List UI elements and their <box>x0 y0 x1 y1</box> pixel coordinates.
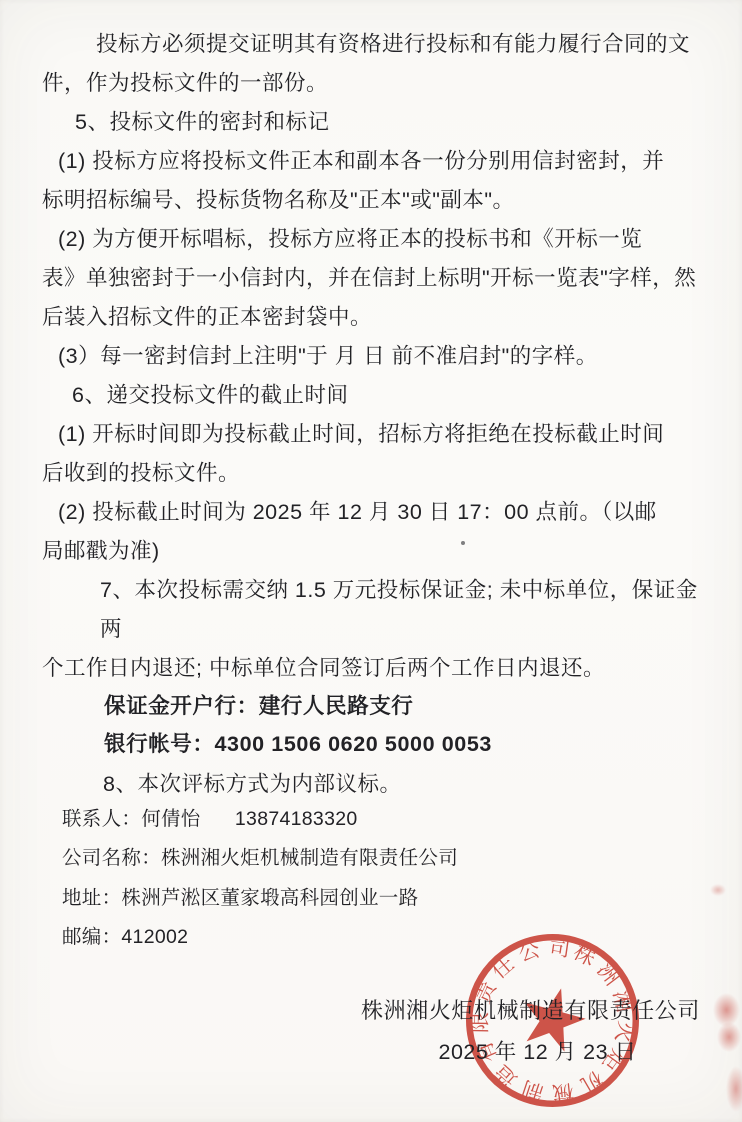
body-line: 个工作日内退还; 中标单位合同签订后两个工作日内退还。 <box>42 649 714 688</box>
body-line: (3）每一密封信封上注明"于 月 日 前不准启封"的字样。 <box>42 337 714 376</box>
deposit-bank-line: 保证金开户行：建行人民路支行 <box>104 687 492 725</box>
body-line: 表》单独密封于一小信封内，并在信封上标明"开标一览表"字样，然 <box>42 259 714 298</box>
body-line: 标明招标编号、投标货物名称及"正本"或"副本"。 <box>42 181 714 220</box>
body-line: 投标方必须提交证明其有资格进行投标和有能力履行合同的文 <box>42 25 714 64</box>
body-line: 件，作为投标文件的一部份。 <box>42 64 714 103</box>
scan-speck <box>461 541 465 545</box>
contact-line: 邮编：412002 <box>62 918 458 957</box>
evaluation-method-line: 8、本次评标方式为内部议标。 <box>103 767 401 798</box>
seal-bleed-mark-3 <box>717 1022 741 1052</box>
signature-company-name: 株洲湘火炬机械制造有限责任公司 <box>361 994 700 1025</box>
body-line: 后收到的投标文件。 <box>42 454 714 493</box>
seal-bleed-mark-1 <box>710 884 726 896</box>
signature-date: 2025 年 12 月 23 日 <box>390 1035 685 1066</box>
body-line: 5、投标文件的密封和标记 <box>42 103 714 142</box>
document-page: 株洲湘火炬机械制造有限责任公司 投标方必须提交证明其有资格进行投标和有能力履行合… <box>0 0 742 1122</box>
body-line: 局邮戳为准) <box>42 532 714 571</box>
bank-info-block: 保证金开户行：建行人民路支行 银行帐号：4300 1506 0620 5000 … <box>104 687 492 763</box>
body-line: 6、递交投标文件的截止时间 <box>42 376 714 415</box>
body-line: 7、本次投标需交纳 1.5 万元投标保证金; 未中标单位，保证金两 <box>42 571 714 649</box>
body-lines: 投标方必须提交证明其有资格进行投标和有能力履行合同的文件，作为投标文件的一部份。… <box>42 25 714 688</box>
contact-line: 公司名称：株洲湘火炬机械制造有限责任公司 <box>62 839 458 878</box>
body-line: (1) 开标时间即为投标截止时间，招标方将拒绝在投标截止时间 <box>42 415 714 454</box>
body-line: (1) 投标方应将投标文件正本和副本各一份分别用信封密封，并 <box>42 142 714 181</box>
bank-account-line: 银行帐号：4300 1506 0620 5000 0053 <box>104 725 492 763</box>
contact-line: 联系人：何倩怡 13874183320 <box>62 800 458 839</box>
body-line: (2) 投标截止时间为 2025 年 12 月 30 日 17：00 点前。（以… <box>42 493 714 532</box>
seal-bleed-mark-4 <box>726 1066 742 1112</box>
contact-block: 联系人：何倩怡 13874183320公司名称：株洲湘火炬机械制造有限责任公司地… <box>62 800 458 958</box>
body-line: 后装入招标文件的正本密封袋中。 <box>42 298 714 337</box>
contact-line: 地址：株洲芦淞区董家塅高科园创业一路 <box>62 879 458 918</box>
body-line: (2) 为方便开标唱标，投标方应将正本的投标书和《开标一览 <box>42 220 714 259</box>
